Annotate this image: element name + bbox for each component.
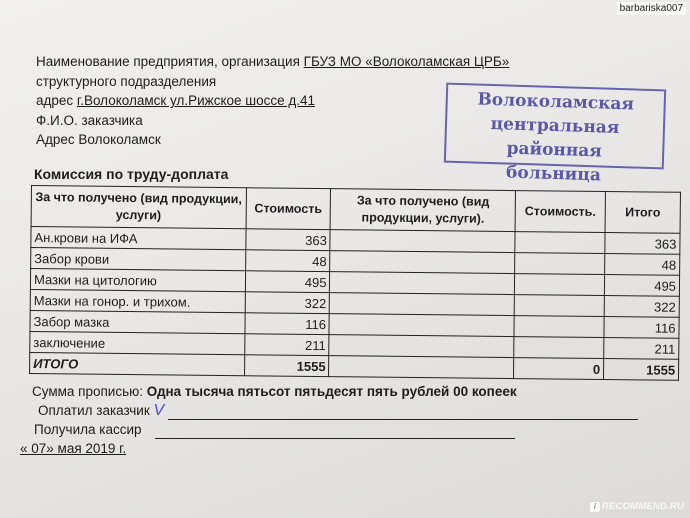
service-cell: Забор мазка <box>30 310 245 333</box>
organization-label: Наименование предприятия, организация <box>36 54 300 69</box>
address-label: адрес <box>36 93 73 108</box>
cost-cell: 1555 <box>244 355 329 377</box>
cost-cell: 211 <box>244 334 329 356</box>
total-cell: 48 <box>605 254 680 276</box>
customer-name-line: Ф.И.О. заказчика <box>36 111 509 131</box>
paid-label: Оплатил заказчик <box>38 403 150 418</box>
sum-in-words-row: Сумма прописью: Одна тысяча пятьсот пять… <box>32 382 632 401</box>
cost-2-cell <box>514 337 604 359</box>
recommend-logo-icon: i <box>590 502 600 512</box>
cost-cell: 322 <box>245 292 330 314</box>
hospital-stamp: Волоколамская центральная районная больн… <box>444 83 666 170</box>
service-2-cell <box>329 356 514 379</box>
table-title: Комиссия по труду-доплата <box>34 166 228 182</box>
service-cell: Мазки на цитологию <box>30 269 245 292</box>
service-cell: заключение <box>30 331 245 354</box>
cost-2-cell <box>515 232 605 254</box>
header-total: Итого <box>605 192 680 234</box>
total-cell: 322 <box>604 296 679 318</box>
date-row: « 07» мая 2019 г. <box>20 439 620 458</box>
service-2-cell <box>330 230 515 253</box>
cost-2-cell <box>514 295 604 317</box>
cost-cell: 48 <box>245 250 330 272</box>
header-service-2: За что получено (вид продукции, услуги). <box>331 189 516 232</box>
header-cost-2: Стоимость. <box>515 191 605 233</box>
cost-cell: 363 <box>245 229 330 251</box>
document-header: Наименование предприятия, организация ГБ… <box>36 52 509 150</box>
paid-by-row: Оплатил заказчик V <box>38 401 638 420</box>
header-cost: Стоимость <box>246 188 331 230</box>
cost-2-cell: 0 <box>514 358 604 380</box>
total-cell: 363 <box>605 233 680 255</box>
subdivision-line: структурного подразделения <box>36 72 509 92</box>
organization-value: ГБУЗ МО «Волоколамская ЦРБ» <box>304 54 510 69</box>
customer-address-line: Адрес Волоколамск <box>36 130 509 150</box>
service-cell: Забор крови <box>31 248 246 271</box>
organization-line: Наименование предприятия, организация ГБ… <box>36 52 509 72</box>
total-cell: 1555 <box>604 359 679 381</box>
checkmark-icon: V <box>154 402 165 419</box>
cost-cell: 116 <box>244 313 329 335</box>
address-line: адрес г.Волоколамск ул.Рижское шоссе д.4… <box>36 91 509 111</box>
total-cell: 211 <box>604 338 679 360</box>
received-by-row: Получила кассир <box>34 420 634 439</box>
watermark-username: barbariska007 <box>617 2 686 15</box>
service-cell: Ан.крови на ИФА <box>31 227 246 250</box>
document-date: « 07» мая 2019 г. <box>20 441 126 456</box>
service-2-cell <box>329 335 514 358</box>
sum-in-words: Одна тысяча пятьсот пятьдесят пять рубле… <box>147 384 517 399</box>
table-header-row: За что получено (вид продукции, услуги) … <box>31 186 680 234</box>
service-2-cell <box>329 314 514 337</box>
total-cell: 116 <box>604 317 679 339</box>
cost-cell: 495 <box>245 271 330 293</box>
cost-2-cell <box>514 274 604 296</box>
cashier-label: Получила кассир <box>34 422 142 437</box>
header-service: За что получено (вид продукции, услуги) <box>31 186 246 229</box>
payment-footer: Сумма прописью: Одна тысяча пятьсот пять… <box>20 382 620 458</box>
service-2-cell <box>330 293 515 316</box>
watermark-site-text: RECOMMEND.RU <box>602 501 684 512</box>
service-cell: ИТОГО <box>30 352 245 375</box>
service-cell: Мазки на гонор. и трихом. <box>30 289 245 312</box>
cost-2-cell <box>515 253 605 275</box>
address-value: г.Волоколамск ул.Рижское шоссе д.41 <box>77 93 315 108</box>
stamp-line-2: центральная районная <box>446 111 663 166</box>
sum-label: Сумма прописью: <box>32 384 143 399</box>
service-2-cell <box>330 251 515 274</box>
watermark-site: iRECOMMEND.RU <box>590 501 684 512</box>
service-2-cell <box>330 272 515 295</box>
cost-2-cell <box>514 316 604 338</box>
services-table: За что получено (вид продукции, услуги) … <box>29 185 681 381</box>
total-cell: 495 <box>604 275 679 297</box>
